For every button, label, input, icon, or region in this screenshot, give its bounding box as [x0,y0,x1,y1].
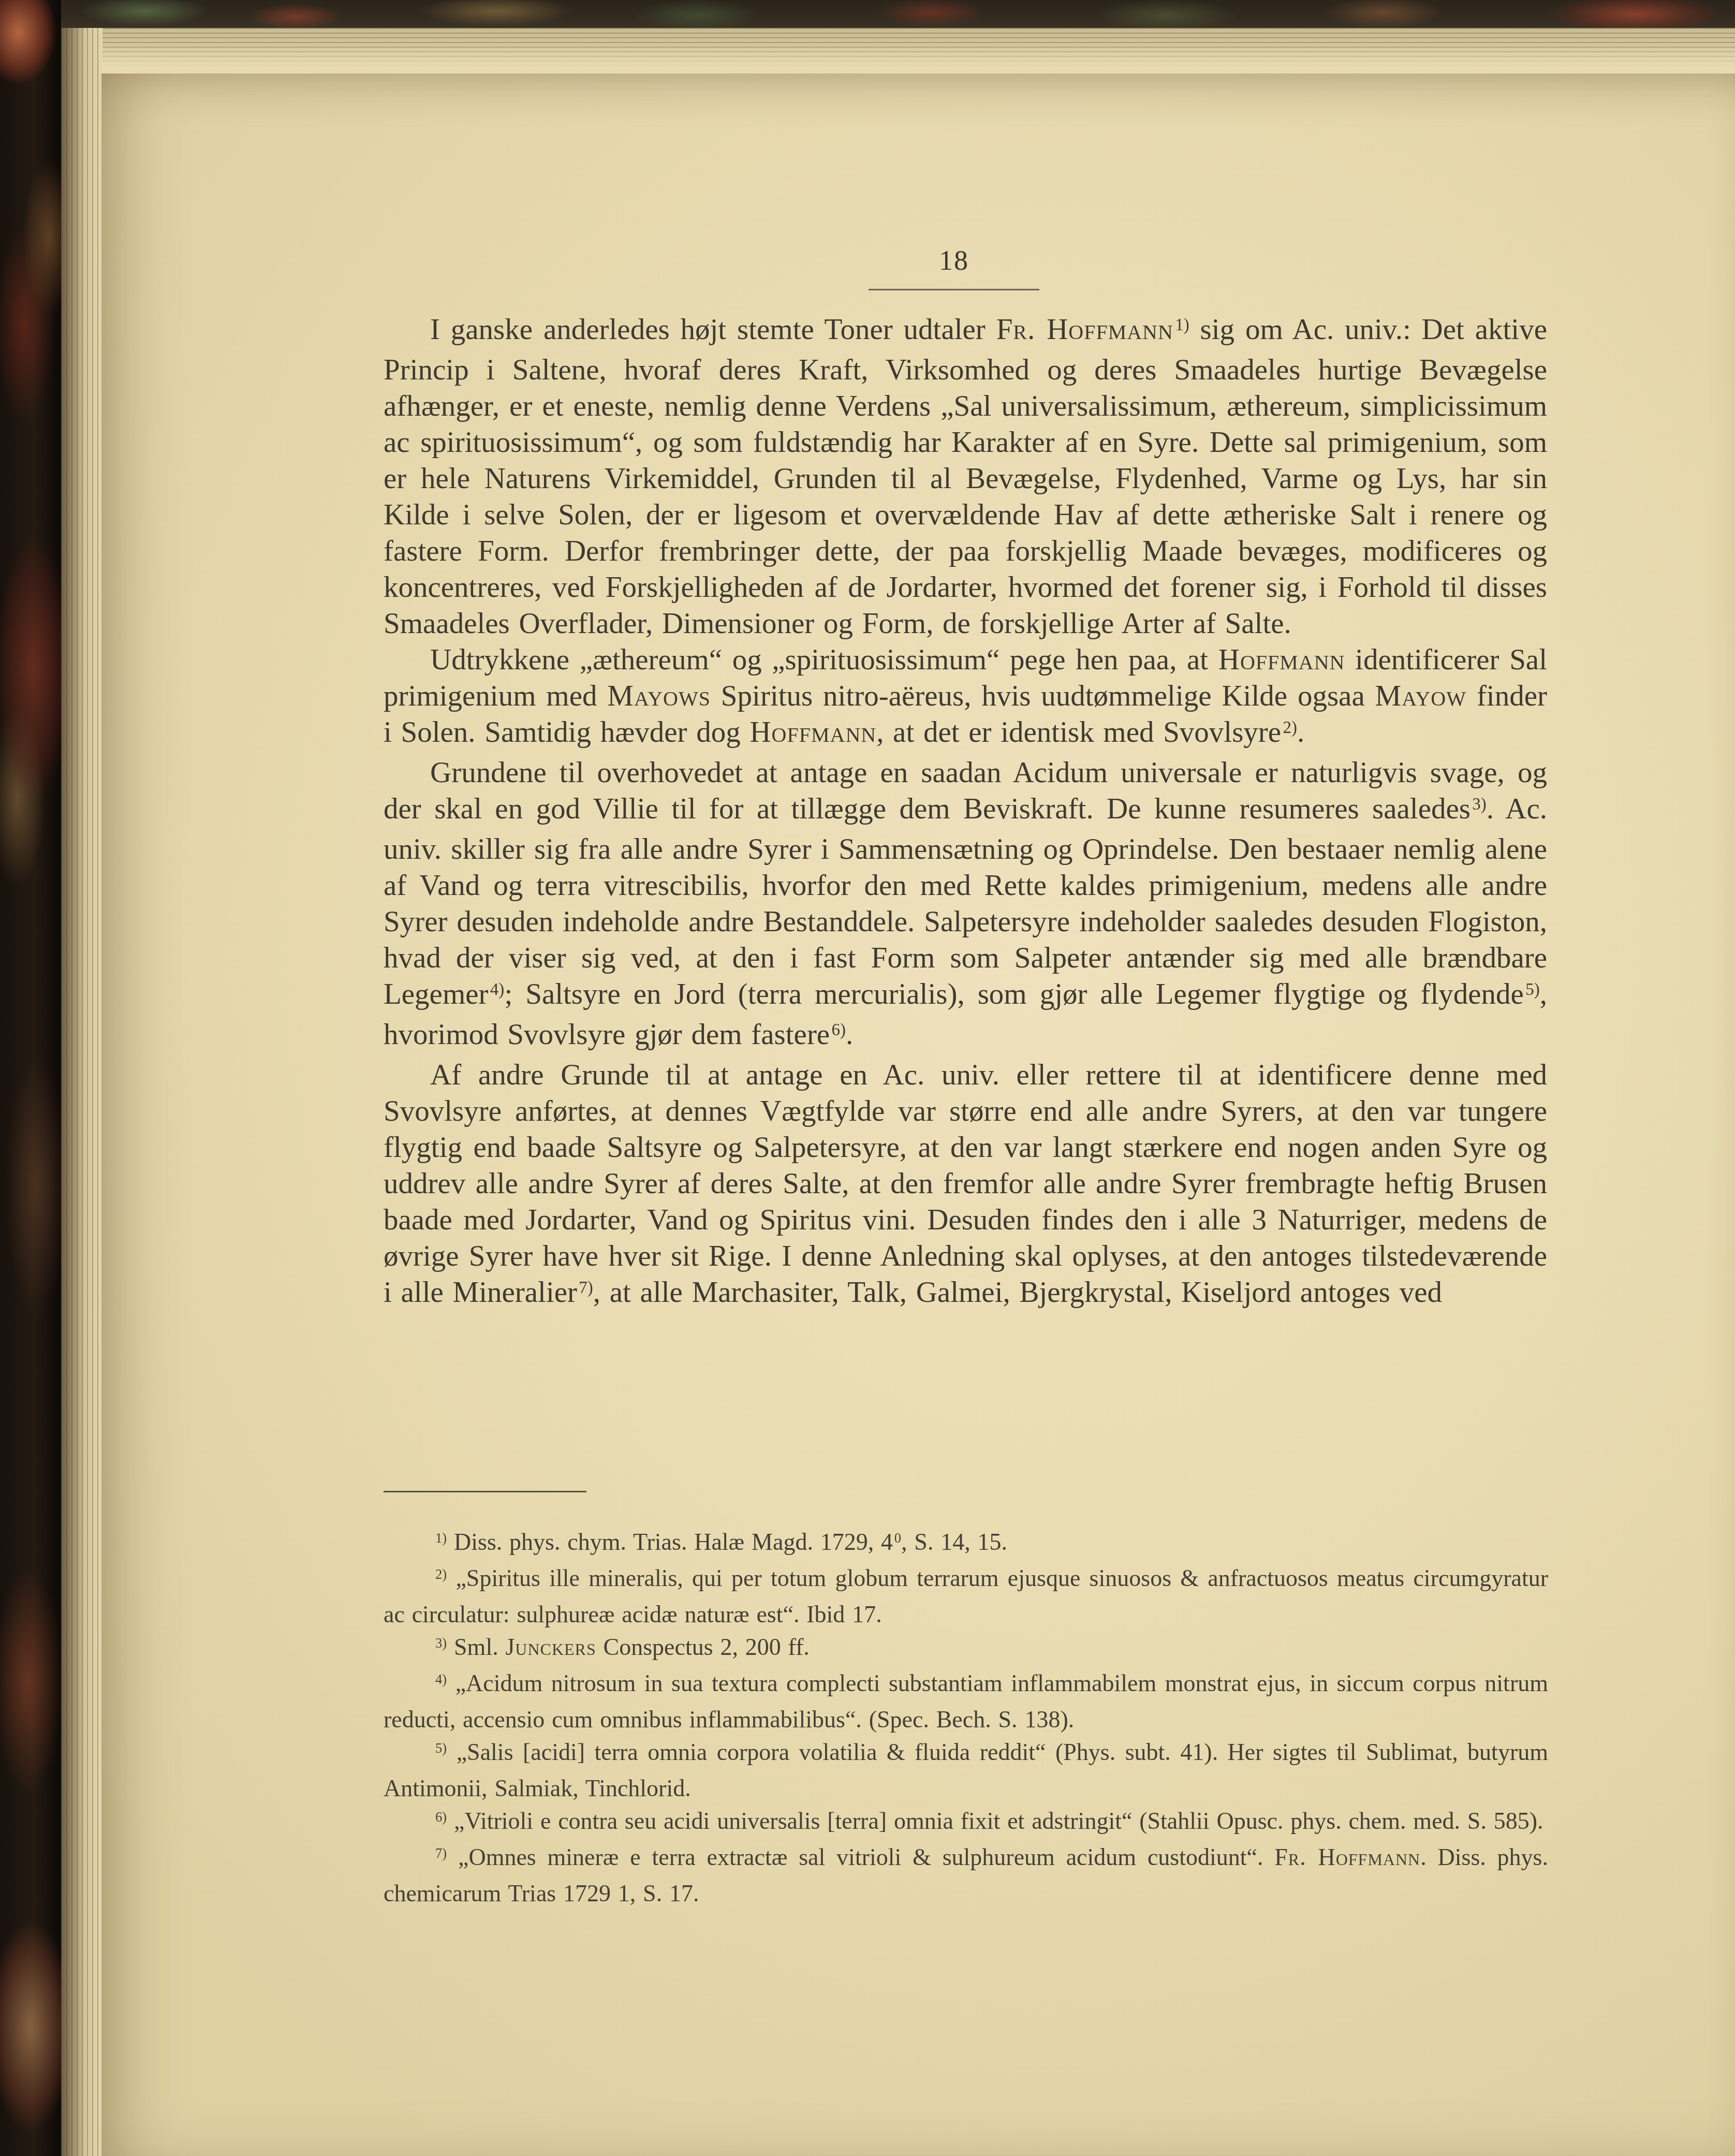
footnote: 4) „Acidum nitrosum in sua textura compl… [384,1667,1548,1736]
page-header: 18 [869,244,1039,276]
footnote: 1) Diss. phys. chym. Trias. Halæ Magd. 1… [384,1526,1548,1562]
body-paragraph: Udtrykkene „æthereum“ og „spirituosissim… [384,642,1547,755]
page-stack-gutter-edge [61,28,102,2156]
page-number: 18 [869,244,1039,276]
footnote-separator [384,1491,586,1492]
book-cover-top-edge [61,0,1735,28]
footnote: 5) „Salis [acidi] terra omnia corpora vo… [384,1736,1548,1805]
footnotes: 1) Diss. phys. chym. Trias. Halæ Magd. 1… [384,1526,1548,1910]
page-stack-top-edge [61,28,1735,75]
footnote: 7) „Omnes mineræ e terra extractæ sal vi… [384,1841,1548,1910]
page-number-rule [869,289,1039,290]
book-page: 18 I ganske anderledes højt stemte Toner… [101,74,1735,2156]
book-binding-marbled-edge [0,0,61,2156]
footnote: 3) Sml. Junckers Conspectus 2, 200 ff. [384,1631,1548,1667]
scanned-book-photo: 18 I ganske anderledes højt stemte Toner… [0,0,1735,2156]
footnote: 6) „Vitrioli e contra seu acidi universa… [384,1805,1548,1841]
body-paragraph: Af andre Grunde til at antage en Ac. uni… [384,1057,1547,1315]
footnote: 2) „Spiritus ille mineralis, qui per tot… [384,1562,1548,1631]
body-paragraph: I ganske anderledes højt stemte Toner ud… [384,312,1547,642]
body-text: I ganske anderledes højt stemte Toner ud… [384,312,1547,1315]
body-paragraph: Grundene til overhovedet at antage en sa… [384,755,1547,1057]
